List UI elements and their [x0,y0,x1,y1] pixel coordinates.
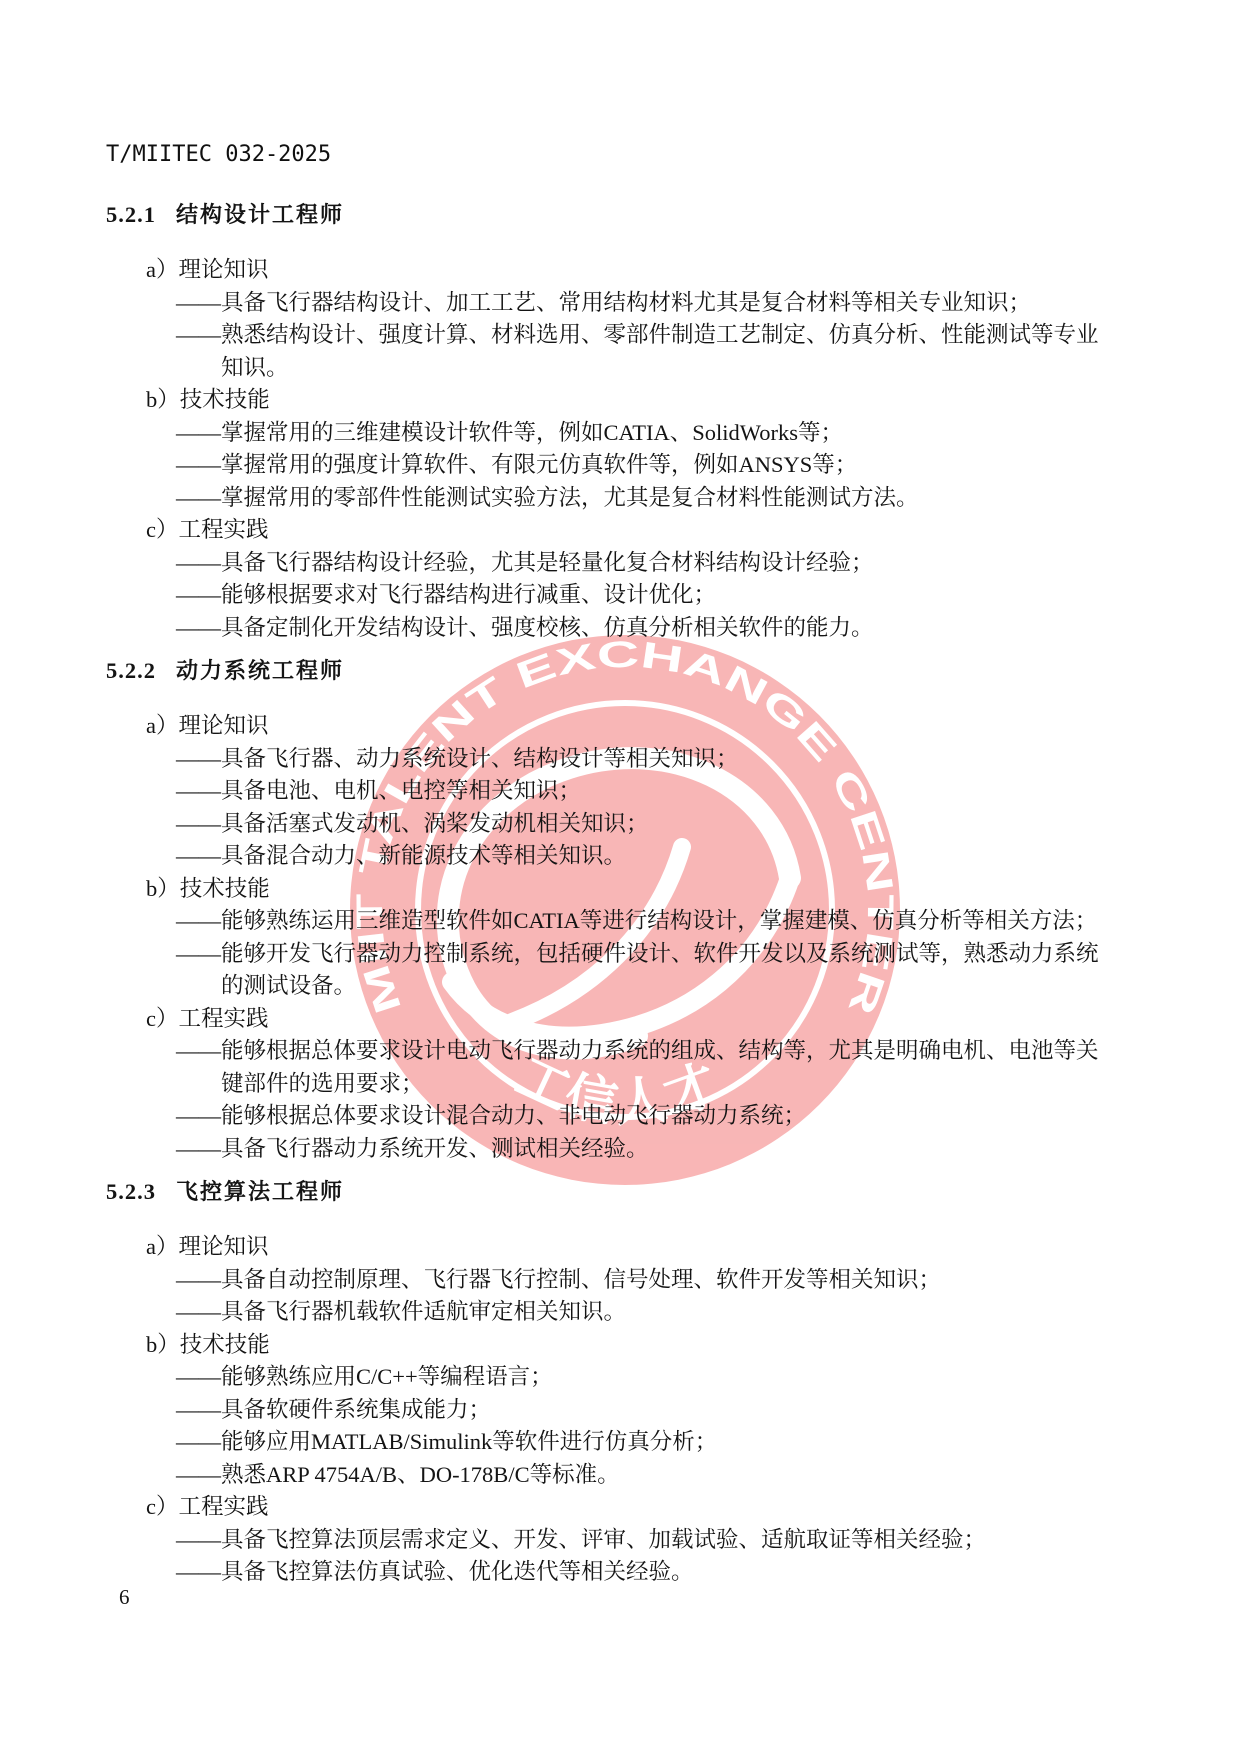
requirement-item: ——具备飞控算法顶层需求定义、开发、评审、加载试验、适航取证等相关经验； [176,1524,1114,1557]
requirement-item: ——具备自动控制原理、飞行器飞行控制、信号处理、软件开发等相关知识； [176,1264,1114,1297]
standard-code: T/MIITEC 032-2025 [106,142,331,167]
requirement-block: a）理论知识 ——具备飞行器结构设计、加工工艺、常用结构材料尤其是复合材料等相关… [106,254,1138,384]
section-heading: 5.2.2动力系统工程师 [106,654,1138,688]
requirement-item: ——能够熟练运用三维造型软件如CATIA等进行结构设计，掌握建模、仿真分析等相关… [176,905,1114,938]
requirement-item: ——具备软硬件系统集成能力； [176,1394,1114,1427]
requirement-item: ——能够根据要求对飞行器结构进行减重、设计优化； [176,579,1114,612]
requirement-item: ——掌握常用的三维建模设计软件等，例如CATIA、SolidWorks等； [176,417,1114,450]
block-label: c）工程实践 [146,1491,1138,1524]
requirement-block: c）工程实践 ——具备飞行器结构设计经验，尤其是轻量化复合材料结构设计经验； —… [106,514,1138,644]
section: 5.2.3飞控算法工程师 a）理论知识 ——具备自动控制原理、飞行器飞行控制、信… [106,1175,1138,1589]
requirement-item: ——熟悉ARP 4754A/B、DO-178B/C等标准。 [176,1459,1114,1492]
block-label: b）技术技能 [146,384,1138,417]
block-label: a）理论知识 [146,710,1138,743]
requirement-item: ——掌握常用的强度计算软件、有限元仿真软件等，例如ANSYS等； [176,449,1114,482]
requirement-block: c）工程实践 ——具备飞控算法顶层需求定义、开发、评审、加载试验、适航取证等相关… [106,1491,1138,1589]
requirement-item: ——能够根据总体要求设计混合动力、非电动飞行器动力系统； [176,1100,1114,1133]
content-area: 5.2.1结构设计工程师 a）理论知识 ——具备飞行器结构设计、加工工艺、常用结… [106,198,1138,1589]
block-label: b）技术技能 [146,873,1138,906]
block-label: b）技术技能 [146,1329,1138,1362]
block-label: a）理论知识 [146,254,1138,287]
requirement-item: ——具备飞行器、动力系统设计、结构设计等相关知识； [176,743,1114,776]
requirement-item: ——具备活塞式发动机、涡桨发动机相关知识； [176,808,1114,841]
requirement-block: b）技术技能 ——能够熟练应用C/C++等编程语言； ——具备软硬件系统集成能力… [106,1329,1138,1492]
section-number: 5.2.1 [106,202,156,227]
section: 5.2.1结构设计工程师 a）理论知识 ——具备飞行器结构设计、加工工艺、常用结… [106,198,1138,644]
requirement-block: c）工程实践 ——能够根据总体要求设计电动飞行器动力系统的组成、结构等，尤其是明… [106,1003,1138,1166]
section-title: 动力系统工程师 [176,659,344,684]
requirement-block: a）理论知识 ——具备飞行器、动力系统设计、结构设计等相关知识； ——具备电池、… [106,710,1138,873]
requirement-item: ——具备定制化开发结构设计、强度校核、仿真分析相关软件的能力。 [176,612,1114,645]
requirement-block: b）技术技能 ——能够熟练运用三维造型软件如CATIA等进行结构设计，掌握建模、… [106,873,1138,1003]
requirement-item: ——具备飞控算法仿真试验、优化迭代等相关经验。 [176,1556,1114,1589]
requirement-item: ——掌握常用的零部件性能测试实验方法，尤其是复合材料性能测试方法。 [176,482,1114,515]
page-number: 6 [119,1585,130,1610]
requirement-item: ——具备飞行器动力系统开发、测试相关经验。 [176,1133,1114,1166]
section-number: 5.2.2 [106,658,156,683]
requirement-item: ——具备飞行器机载软件适航审定相关知识。 [176,1296,1114,1329]
requirement-item: ——具备飞行器结构设计经验，尤其是轻量化复合材料结构设计经验； [176,547,1114,580]
section-heading: 5.2.1结构设计工程师 [106,198,1138,232]
section-title: 结构设计工程师 [176,203,344,228]
requirement-item: ——具备混合动力、新能源技术等相关知识。 [176,840,1114,873]
section-number: 5.2.3 [106,1179,156,1204]
requirement-item: ——能够熟练应用C/C++等编程语言； [176,1361,1114,1394]
requirement-item: ——具备电池、电机、电控等相关知识； [176,775,1114,808]
block-label: c）工程实践 [146,1003,1138,1036]
block-label: a）理论知识 [146,1231,1138,1264]
requirement-item: ——能够应用MATLAB/Simulink等软件进行仿真分析； [176,1426,1114,1459]
requirement-block: b）技术技能 ——掌握常用的三维建模设计软件等，例如CATIA、SolidWor… [106,384,1138,514]
requirement-block: a）理论知识 ——具备自动控制原理、飞行器飞行控制、信号处理、软件开发等相关知识… [106,1231,1138,1329]
requirement-item: ——能够根据总体要求设计电动飞行器动力系统的组成、结构等，尤其是明确电机、电池等… [176,1035,1114,1100]
section-title: 飞控算法工程师 [176,1180,344,1205]
block-label: c）工程实践 [146,514,1138,547]
section-heading: 5.2.3飞控算法工程师 [106,1175,1138,1209]
requirement-item: ——熟悉结构设计、强度计算、材料选用、零部件制造工艺制定、仿真分析、性能测试等专… [176,319,1114,384]
section: 5.2.2动力系统工程师 a）理论知识 ——具备飞行器、动力系统设计、结构设计等… [106,654,1138,1165]
requirement-item: ——能够开发飞行器动力控制系统，包括硬件设计、软件开发以及系统测试等，熟悉动力系… [176,938,1114,1003]
requirement-item: ——具备飞行器结构设计、加工工艺、常用结构材料尤其是复合材料等相关专业知识； [176,287,1114,320]
